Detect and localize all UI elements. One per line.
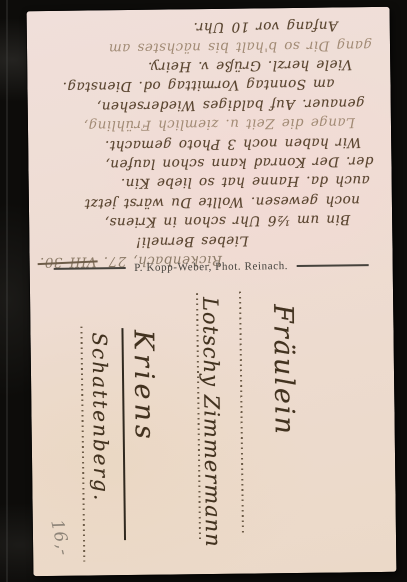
address-underline-city: [121, 328, 126, 540]
address-ruled-line-1: [239, 292, 244, 535]
imprint-rule-left: [53, 267, 125, 269]
address-ruled-line-3: [80, 327, 85, 562]
imprint-rule-right: [297, 264, 369, 266]
pencil-price-note: 16,-: [46, 518, 74, 558]
address-salutation: Fräulein: [267, 304, 300, 446]
address-street: Schattenberg.: [87, 332, 114, 552]
address-recipient-name: Lotschy Zimmermann: [198, 297, 225, 561]
handwritten-message: Rickenbach, 27. VIII 30. Liebes Berneli!…: [33, 11, 387, 271]
publisher-imprint: P. Kopp-Weber, Phot. Reinach.: [134, 260, 288, 274]
address-city: Kriens: [127, 330, 160, 462]
publisher-imprint-row: P. Kopp-Weber, Phot. Reinach.: [30, 257, 393, 277]
postcard: Rickenbach, 27. VIII 30. Liebes Berneli!…: [27, 7, 397, 576]
